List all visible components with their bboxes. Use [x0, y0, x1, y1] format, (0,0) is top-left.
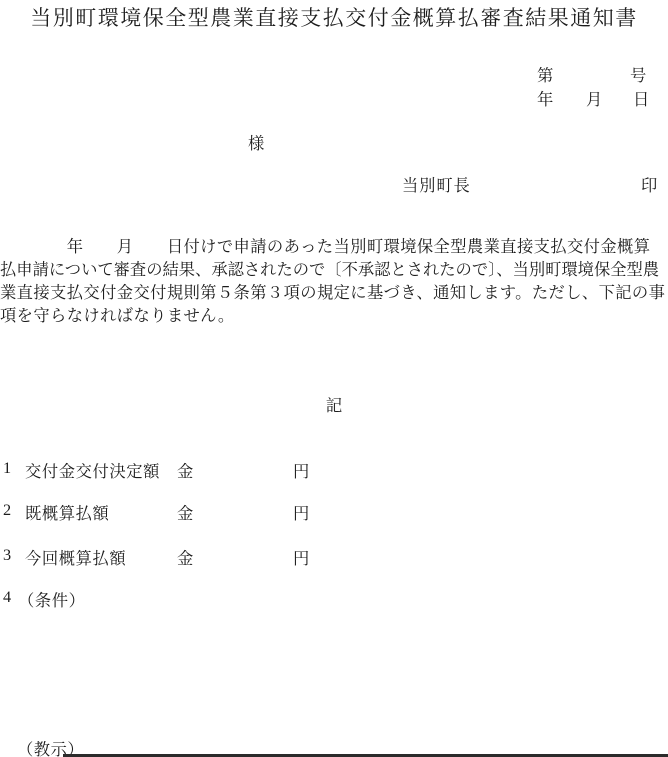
item-label: 交付金交付決定額	[25, 458, 160, 482]
item-currency-label: 金	[177, 500, 193, 524]
item-label: （条件）	[18, 587, 86, 611]
item-row: 4 （条件）	[0, 587, 668, 609]
item-label: 既概算払額	[25, 500, 109, 524]
item-currency-label: 金	[177, 545, 193, 569]
date-year-label: 年	[537, 91, 553, 109]
document-page: 当別町環境保全型農業直接支払交付金概算払審査結果通知書 第 号 年 月 日 様 …	[0, 0, 668, 757]
date-month-label: 月	[586, 91, 602, 109]
item-number: 1	[3, 458, 11, 478]
document-title: 当別町環境保全型農業直接支払交付金概算払審査結果通知書	[0, 2, 668, 32]
body-line: 項を守らなければなりません。	[0, 304, 668, 327]
body-line: 払申請について審査の結果、承認されたので〔不承認とされたので〕、当別町環境保全型…	[0, 258, 668, 281]
item-number: 3	[3, 545, 11, 565]
sender-name: 当別町長	[402, 177, 471, 195]
doc-number-prefix: 第	[537, 67, 553, 85]
doc-number-suffix: 号	[630, 67, 646, 85]
item-row: 3 今回概算払額 金 円	[0, 545, 668, 567]
item-currency-label: 金	[177, 458, 193, 482]
item-unit-label: 円	[293, 545, 309, 569]
item-unit-label: 円	[293, 458, 309, 482]
item-row: 2 既概算払額 金 円	[0, 500, 668, 522]
seal-mark: 印	[641, 177, 657, 195]
item-row: 1 交付金交付決定額 金 円	[0, 458, 668, 480]
item-number: 2	[3, 500, 11, 520]
body-line: 年 月 日付けで申請のあった当別町環境保全型農業直接支払交付金概算	[0, 235, 668, 258]
body-line: 業直接支払交付金交付規則第５条第３項の規定に基づき、通知します。ただし、下記の事	[0, 281, 668, 304]
item-unit-label: 円	[293, 500, 309, 524]
body-paragraph: 年 月 日付けで申請のあった当別町環境保全型農業直接支払交付金概算 払申請につい…	[0, 235, 668, 327]
item-label: 今回概算払額	[25, 545, 126, 569]
date-day-label: 日	[633, 91, 649, 109]
record-marker: 記	[0, 392, 668, 416]
item-number: 4	[3, 587, 11, 607]
recipient-honorific: 様	[248, 135, 264, 153]
